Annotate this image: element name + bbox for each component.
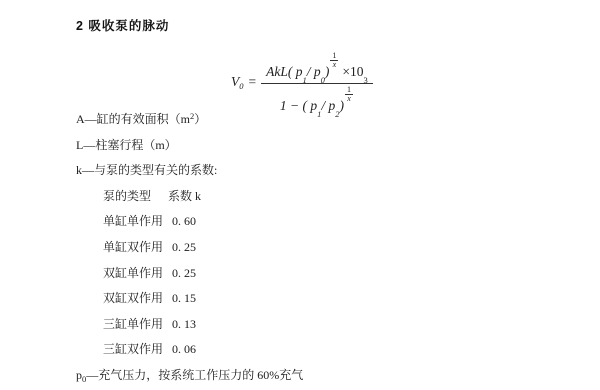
times-ten: ×10 [342,64,363,80]
definition-a-close: ） [194,112,206,126]
table-header-pump-type: 泵的类型 [103,189,151,203]
coefficient-value: 0. 60 [172,214,196,228]
formula-v-subscript: 0 [239,81,243,91]
formula-v0: V0 = AkL( p1 / p0)1x×103 1 − ( p1 / p2)1… [231,50,373,114]
numerator-mid: / p [307,64,321,80]
formula-v: V [231,74,239,89]
pump-type: 单缸双作用 [103,240,163,254]
pump-type: 三缸单作用 [103,317,163,331]
coefficient-value: 0. 13 [172,317,196,331]
coefficient-value: 0. 15 [172,291,196,305]
definition-a-text: A—缸的有效面积（m [76,112,190,126]
definition-l: L—柱塞行程（m） [76,133,556,159]
numerator-exponent-fraction: 1x [330,52,338,70]
coefficient-value: 0. 25 [172,240,196,254]
denominator-exponent-fraction: 1x [345,86,353,104]
formula-lhs: V0 [231,74,244,90]
table-header-row: 泵的类型系数 k [76,184,556,210]
table-header-coefficient: 系数 k [168,189,201,203]
numerator-pre: AkL( p [266,64,302,80]
coefficient-value: 0. 06 [172,342,196,356]
table-row: 三缸单作用0. 13 [76,312,556,338]
section-heading: 2 吸收泵的脉动 [76,16,169,34]
table-row: 单缸双作用0. 25 [76,235,556,261]
table-row: 单缸单作用0. 60 [76,209,556,235]
pump-type: 双缸单作用 [103,266,163,280]
pump-type: 双缸双作用 [103,291,163,305]
numerator-close: ) [325,64,330,80]
formula-numerator: AkL( p1 / p0)1x×103 [261,50,373,84]
table-row: 三缸双作用0. 06 [76,337,556,363]
definition-p0: p0—充气压力，按系统工作压力的 60%充气 [76,363,556,389]
table-row: 双缸双作用0. 15 [76,286,556,312]
table-row: 双缸单作用0. 25 [76,261,556,287]
document-page: 2 吸收泵的脉动 V0 = AkL( p1 / p0)1x×103 1 − ( … [0,0,600,390]
definitions-block: A—缸的有效面积（m2） L—柱塞行程（m） k—与泵的类型有关的系数: 泵的类… [76,107,556,389]
formula-fraction: AkL( p1 / p0)1x×103 1 − ( p1 / p2)1x [261,50,373,114]
exponent-denominator: x [347,95,351,103]
definition-p0-text: —充气压力，按系统工作压力的 60%充气 [86,368,303,382]
exponent-denominator: x [333,61,337,69]
definition-k: k—与泵的类型有关的系数: [76,158,556,184]
equals-sign: = [249,74,257,90]
coefficient-value: 0. 25 [172,266,196,280]
pump-type: 三缸双作用 [103,342,163,356]
pump-type: 单缸单作用 [103,214,163,228]
definition-a: A—缸的有效面积（m2） [76,107,556,133]
